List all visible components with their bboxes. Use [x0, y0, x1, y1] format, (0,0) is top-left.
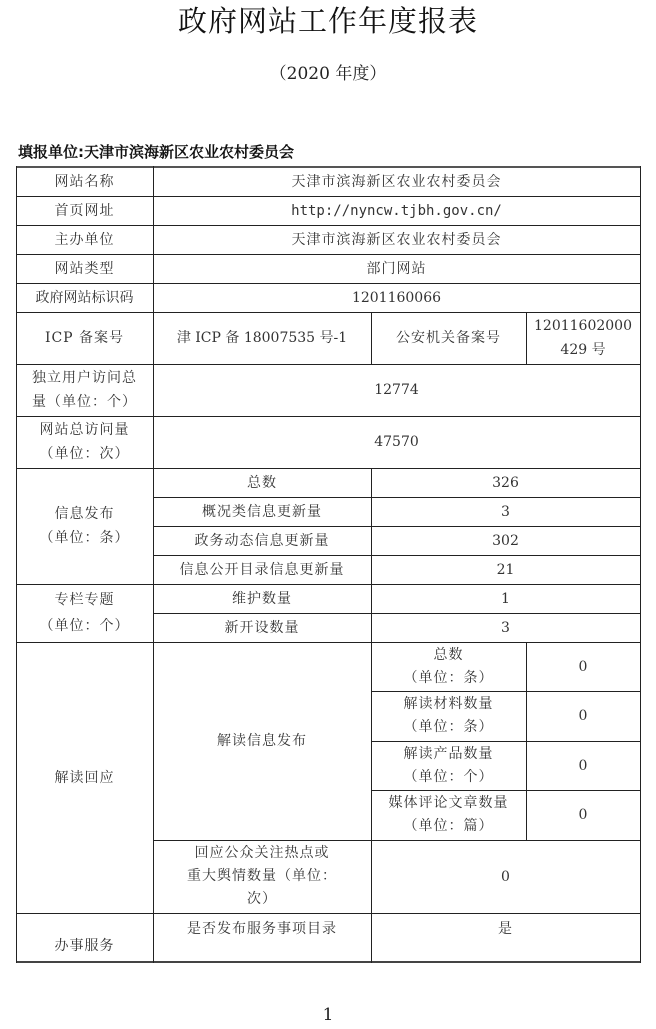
- site-type-value: 部门网站: [153, 254, 640, 283]
- interp-product-label-line2: （单位：个）: [404, 766, 494, 789]
- unique-visitors-value: 12774: [153, 364, 640, 416]
- police-record-label: 公安机关备案号: [371, 312, 526, 364]
- unique-visitors-label: 独立用户访问总 量（单位：个）: [16, 364, 153, 416]
- interpretation-publish-label: 解读信息发布: [153, 642, 371, 840]
- interp-total-label-line2: （单位：条）: [404, 667, 494, 690]
- row-line: [16, 283, 641, 284]
- row-line: [153, 526, 641, 527]
- row-line: [153, 497, 641, 498]
- interp-product-label: 解读产品数量 （单位：个）: [371, 741, 526, 790]
- interp-media-value: 0: [526, 790, 640, 840]
- site-name-value: 天津市滨海新区农业农村委员会: [153, 167, 640, 196]
- interp-product-value: 0: [526, 741, 640, 790]
- unique-visitors-label-line1: 独立用户访问总: [32, 366, 137, 390]
- homepage-label: 首页网址: [16, 196, 153, 225]
- table-border-right: [640, 166, 641, 963]
- info-publish-label-line2: （单位：条）: [40, 526, 130, 550]
- info-total-value: 326: [371, 468, 640, 497]
- total-visits-label-line1: 网站总访问量: [40, 418, 130, 442]
- interp-total-label-line1: 总数: [434, 644, 464, 667]
- new-count-label: 新开设数量: [153, 613, 371, 642]
- row-line: [153, 613, 641, 614]
- table-border-bottom: [16, 961, 641, 963]
- row-line: [371, 790, 641, 791]
- info-publish-label: 信息发布 （单位：条）: [16, 468, 153, 584]
- row-line: [16, 364, 641, 365]
- total-visits-label: 网站总访问量 （单位：次）: [16, 416, 153, 468]
- columns-label-line2: （单位：个）: [40, 613, 130, 639]
- sponsor-label: 主办单位: [16, 225, 153, 254]
- icp-value: 津 ICP 备 18007535 号-1: [153, 312, 371, 364]
- row-line: [16, 416, 641, 417]
- icp-label: ICP 备案号: [16, 312, 153, 364]
- interp-material-value: 0: [526, 691, 640, 741]
- total-visits-value: 47570: [153, 416, 640, 468]
- site-name-label: 网站名称: [16, 167, 153, 196]
- homepage-url: http://nyncw.tjbh.gov.cn/: [153, 196, 640, 225]
- interpretation-label: 解读回应: [16, 642, 153, 913]
- public-response-value: 0: [371, 840, 640, 913]
- row-line: [153, 555, 641, 556]
- unique-visitors-label-line2: 量（单位：个）: [32, 390, 137, 414]
- police-record-value: 12011602000 429 号: [526, 312, 640, 364]
- col-divider-2: [371, 468, 372, 963]
- overview-update-label: 概况类信息更新量: [153, 497, 371, 526]
- interp-total-value: 0: [526, 642, 640, 691]
- public-response-label-line1: 回应公众关注热点或: [195, 842, 330, 865]
- overview-update-value: 3: [371, 497, 640, 526]
- site-id-label: 政府网站标识码: [16, 283, 153, 312]
- report-year: （2020 年度）: [0, 62, 656, 86]
- row-line: [16, 584, 641, 585]
- table-border-top: [16, 166, 641, 168]
- site-type-label: 网站类型: [16, 254, 153, 283]
- service-catalog-label: 是否发布服务事项目录: [153, 913, 371, 962]
- report-title: 政府网站工作年度报表: [0, 2, 656, 40]
- row-line: [16, 196, 641, 197]
- interp-media-label-line2: （单位：篇）: [404, 815, 494, 838]
- row-line: [16, 468, 641, 469]
- columns-label: 专栏专题 （单位：个）: [16, 584, 153, 642]
- public-response-label: 回应公众关注热点或 重大舆情数量（单位： 次）: [153, 840, 371, 913]
- col-divider-icp-a: [371, 312, 372, 364]
- site-id-value: 1201160066: [153, 283, 640, 312]
- total-visits-label-line2: （单位：次）: [40, 442, 130, 466]
- row-line: [153, 840, 641, 841]
- public-response-label-line2: 重大舆情数量（单位：: [187, 865, 337, 888]
- interp-media-label-line1: 媒体评论文章数量: [389, 792, 509, 815]
- public-response-label-line3: 次）: [247, 888, 277, 911]
- sponsor-value: 天津市滨海新区农业农村委员会: [153, 225, 640, 254]
- service-catalog-value: 是: [371, 913, 640, 962]
- page-number: 1: [0, 1004, 656, 1026]
- police-record-value-line1: 12011602000: [534, 314, 632, 338]
- interp-media-label: 媒体评论文章数量 （单位：篇）: [371, 790, 526, 840]
- gov-news-update-label: 政务动态信息更新量: [153, 526, 371, 555]
- disclosure-update-value: 21: [371, 555, 640, 584]
- info-total-label: 总数: [153, 468, 371, 497]
- maintained-count-label: 维护数量: [153, 584, 371, 613]
- police-record-value-line2: 429 号: [560, 338, 605, 362]
- columns-label-line1: 专栏专题: [55, 587, 115, 613]
- interp-material-label-line1: 解读材料数量: [404, 693, 494, 716]
- maintained-count-value: 1: [371, 584, 640, 613]
- row-line: [371, 741, 641, 742]
- row-line: [16, 913, 641, 914]
- services-label: 办事服务: [16, 913, 153, 962]
- col-divider-icp-b: [526, 312, 527, 364]
- row-line: [371, 691, 641, 692]
- interp-material-label: 解读材料数量 （单位：条）: [371, 691, 526, 741]
- col-divider-1: [153, 166, 154, 963]
- table-border-left: [16, 166, 17, 963]
- interp-total-label: 总数 （单位：条）: [371, 642, 526, 691]
- interp-product-label-line1: 解读产品数量: [404, 743, 494, 766]
- interp-material-label-line2: （单位：条）: [404, 716, 494, 739]
- row-line: [16, 312, 641, 313]
- new-count-value: 3: [371, 613, 640, 642]
- info-publish-label-line1: 信息发布: [55, 502, 115, 526]
- row-line: [16, 225, 641, 226]
- reporting-unit: 填报单位:天津市滨海新区农业农村委员会: [18, 142, 294, 162]
- row-line: [16, 254, 641, 255]
- row-line: [16, 642, 641, 643]
- disclosure-update-label: 信息公开目录信息更新量: [153, 555, 371, 584]
- gov-news-update-value: 302: [371, 526, 640, 555]
